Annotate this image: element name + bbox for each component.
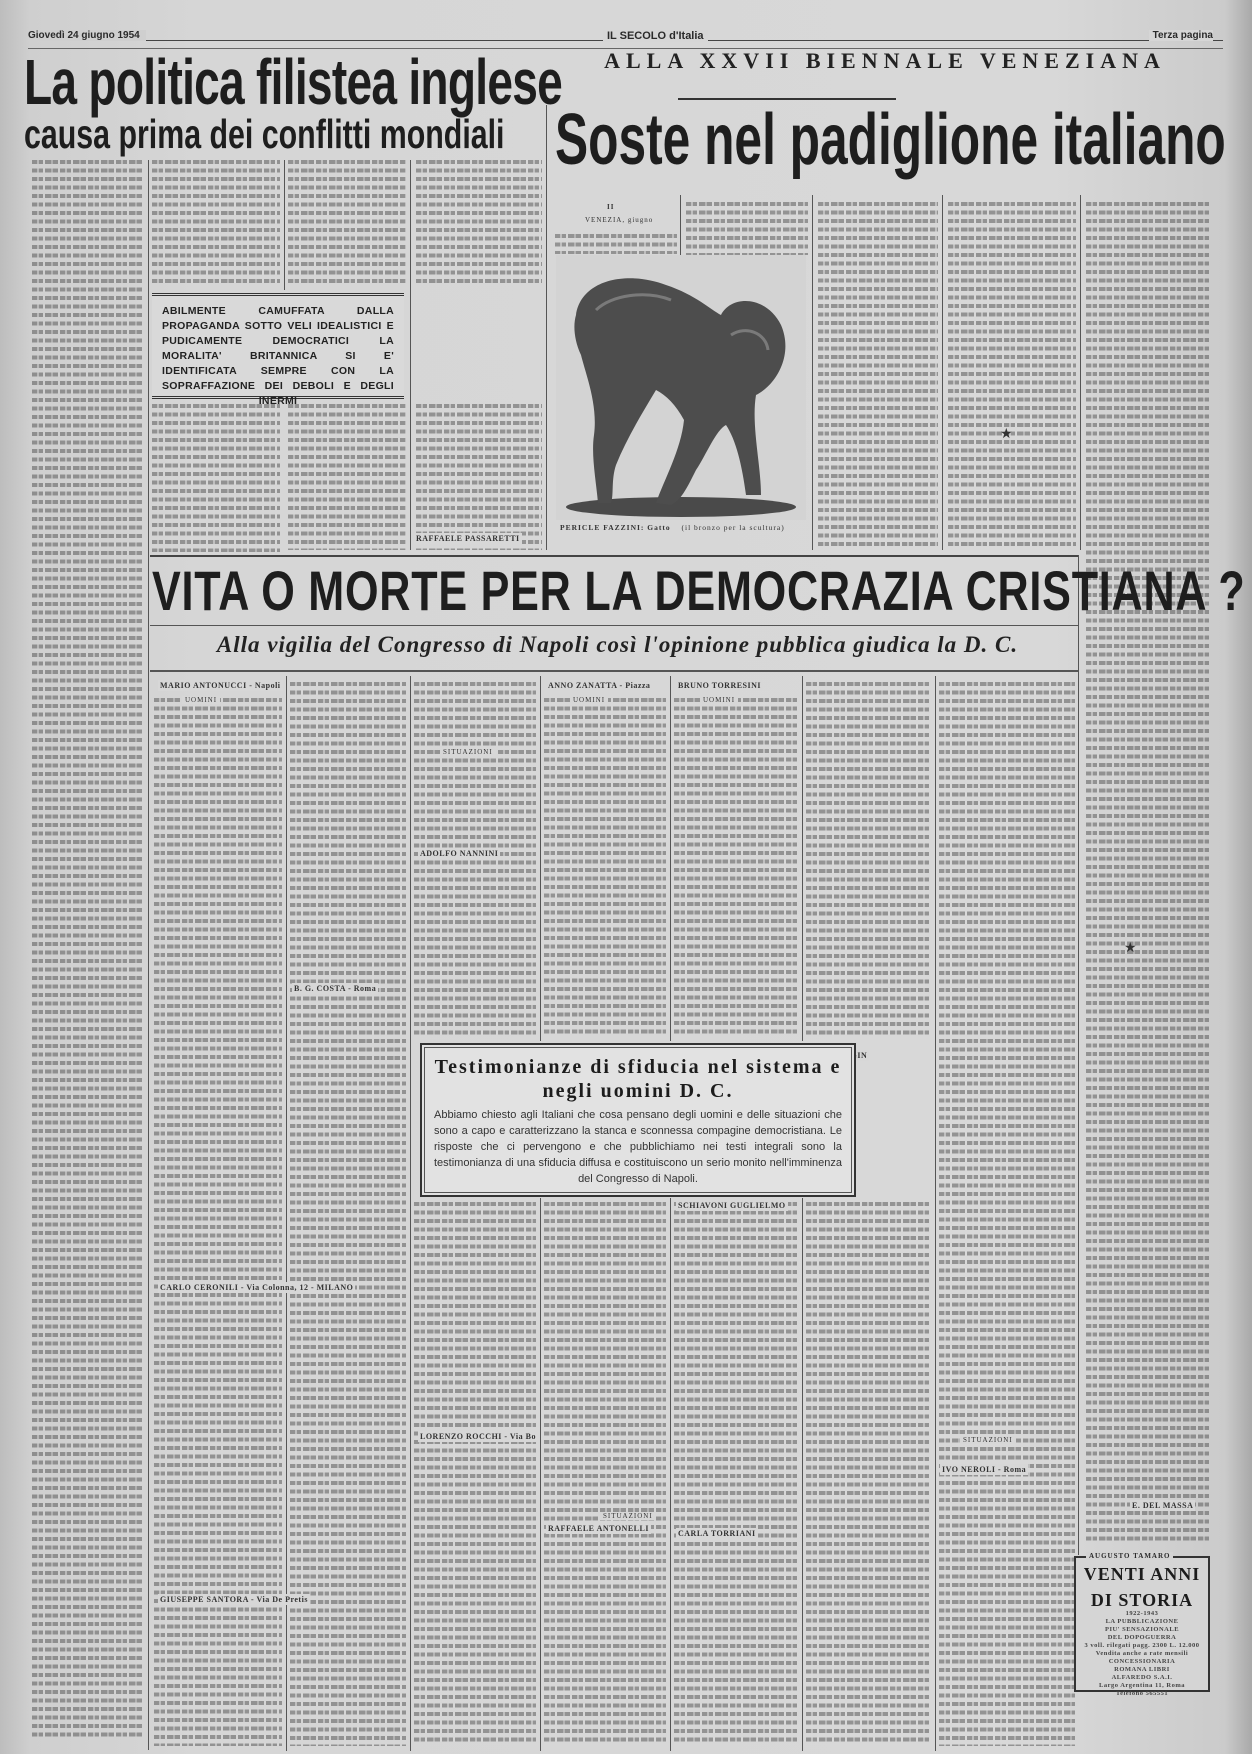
section-label: UOMINI — [700, 696, 738, 704]
dc-text-column-1 — [154, 696, 282, 1746]
biennale-headline: Soste nel padiglione italiano — [555, 104, 1226, 176]
column-rule — [410, 160, 411, 550]
testimonianze-box: Testimonianze di sfiducia nel sistema e … — [420, 1043, 856, 1197]
dc-text-column-6 — [806, 680, 931, 1038]
section-label: UOMINI — [182, 696, 220, 704]
respondent-name: ADOLFO NANNINI — [418, 848, 500, 859]
sculpture-photo — [556, 255, 806, 520]
respondent-name: RAFFAELE ANTONELLI — [546, 1523, 651, 1534]
column-rule — [680, 195, 681, 255]
section-label: SITUAZIONI — [440, 748, 496, 756]
page-label: Terza pagina — [1149, 30, 1213, 41]
respondent-name: IVO NEROLI - Roma — [940, 1464, 1028, 1475]
dc-text-column-2 — [290, 680, 406, 1746]
text-column-1 — [32, 158, 144, 1738]
pull-quote-box: ABILMENTE CAMUFFATA DALLA PROPAGANDA SOT… — [152, 293, 404, 399]
testimonianze-title: Testimonianze di sfiducia nel sistema e … — [422, 1055, 854, 1103]
column-rule — [1078, 555, 1079, 1555]
column-rule — [546, 105, 547, 550]
respondent-name: GIUSEPPE SANTORA - Via De Pretis — [158, 1594, 310, 1605]
column-rule — [410, 676, 411, 1751]
respondent-name: ANNO ZANATTA - Piazza — [546, 680, 652, 691]
column-rule — [670, 1198, 671, 1751]
closing-signature: E. DEL MASSA — [1130, 1500, 1195, 1511]
right-text-column — [1086, 200, 1210, 1545]
subheadline-rule — [150, 670, 1078, 672]
left-headline-line1: La politica filistea inglese — [24, 50, 542, 114]
column-rule — [942, 195, 943, 550]
column-rule — [1080, 195, 1081, 550]
biennale-kicker: ALLA XXVII BIENNALE VENEZIANA — [560, 48, 1210, 74]
respondent-name: SCHIAVONI GUGLIELMO — [676, 1200, 788, 1211]
respondent-name: CARLA TORRIANI — [676, 1528, 758, 1539]
ad-line: DEL DOPOGUERRA — [1076, 1634, 1208, 1642]
ad-address: Largo Argentina 11, Roma — [1076, 1682, 1208, 1690]
newspaper-name: IL SECOLO d'Italia — [603, 30, 708, 42]
text-column-4 — [416, 158, 542, 286]
dc-text-column-7 — [939, 680, 1075, 1746]
dc-text-column-5 — [674, 696, 798, 1038]
book-advertisement: AUGUSTO TAMARO VENTI ANNI DI STORIA 1922… — [1074, 1556, 1210, 1692]
column-rule — [802, 676, 803, 1041]
photo-caption-title: PERICLE FAZZINI: Gatto — [560, 523, 671, 532]
issue-date: Giovedì 24 giugno 1954 — [28, 30, 146, 41]
pull-quote-text: ABILMENTE CAMUFFATA DALLA PROPAGANDA SOT… — [162, 304, 394, 409]
ad-publisher: ALFAREDO S.A.I. — [1076, 1674, 1208, 1682]
text-column-2 — [152, 158, 280, 286]
ad-phone: Telefono 565551 — [1076, 1690, 1208, 1698]
text-column-3b — [288, 402, 406, 550]
dateline: VENEZIA, giugno — [582, 216, 656, 224]
column-rule — [286, 676, 287, 1751]
column-rule — [540, 676, 541, 1041]
cat-sculpture-image — [556, 255, 806, 520]
ad-note: Vendita anche a rate mensili — [1076, 1650, 1208, 1658]
star-ornament: ★ — [1124, 940, 1137, 956]
column-rule — [284, 160, 285, 290]
left-headline: La politica filistea inglese causa prima… — [24, 50, 544, 156]
biennale-text-column-4 — [948, 200, 1076, 550]
column-rule — [540, 1198, 541, 1751]
biennale-intro-text — [555, 232, 677, 254]
text-column-3 — [288, 158, 406, 286]
photo-caption: PERICLE FAZZINI: Gatto (il bronzo per la… — [560, 523, 785, 532]
section-label: UOMINI — [570, 696, 608, 704]
section-rule — [150, 555, 1078, 557]
column-rule — [802, 1198, 803, 1751]
text-column-4b — [416, 402, 542, 550]
respondent-name: CARLO CERONILI - Via Colonna, 12 - MILAN… — [158, 1282, 355, 1293]
respondent-name: LORENZO ROCCHI - Via Bo — [418, 1431, 538, 1442]
ad-line: LA PUBBLICAZIONE — [1076, 1618, 1208, 1626]
ad-details: 3 voll. rilegati pagg. 2300 L. 12.000 — [1076, 1642, 1208, 1650]
ad-publisher: ROMANA LIBRI — [1076, 1666, 1208, 1674]
newspaper-page: Giovedì 24 giugno 1954 IL SECOLO d'Itali… — [0, 0, 1252, 1754]
star-ornament: ★ — [1000, 426, 1013, 442]
ad-publisher: CONCESSIONARIA — [1076, 1658, 1208, 1666]
ad-title-line2: DI STORIA — [1076, 1591, 1208, 1610]
dc-text-column-4b — [544, 1200, 666, 1746]
respondent-name: B. G. COSTA - Roma — [292, 983, 378, 994]
dc-text-column-3b — [414, 1200, 536, 1746]
dc-subheadline: Alla vigilia del Congresso di Napoli cos… — [150, 632, 1085, 658]
photo-caption-tail: (il bronzo per la scultura) — [682, 523, 785, 532]
biennale-text-column-2a — [686, 200, 808, 255]
section-number: II — [604, 203, 617, 211]
dc-text-column-3 — [414, 680, 536, 1038]
respondent-name: BRUNO TORRESINI — [676, 680, 763, 691]
section-label: SITUAZIONI — [600, 1512, 656, 1520]
dc-text-column-4 — [544, 696, 666, 1038]
dc-text-column-5b — [674, 1200, 798, 1746]
dc-text-column-6b — [806, 1200, 931, 1746]
headline-rule — [150, 625, 1078, 626]
biennale-text-column-3 — [818, 200, 938, 550]
ad-author: AUGUSTO TAMARO — [1086, 1552, 1173, 1560]
text-column-2b — [152, 402, 280, 552]
column-rule — [812, 195, 813, 550]
dc-headline: VITA O MORTE PER LA DEMOCRAZIA CRISTIANA… — [152, 560, 1246, 622]
respondent-name: MARIO ANTONUCCI - Napoli — [158, 680, 283, 691]
ad-dates: 1922-1943 — [1076, 1610, 1208, 1618]
left-headline-line2: causa prima dei conflitti mondiali — [24, 112, 557, 156]
section-label: SITUAZIONI — [960, 1436, 1016, 1444]
biennale-byline: RAFFAELE PASSARETTI — [414, 533, 522, 544]
column-rule — [935, 676, 936, 1751]
ad-line: PIU' SENSAZIONALE — [1076, 1626, 1208, 1634]
column-rule — [148, 160, 149, 1750]
testimonianze-body: Abbiamo chiesto agli Italiani che cosa p… — [434, 1107, 842, 1187]
ad-title-line1: VENTI ANNI — [1076, 1565, 1208, 1584]
column-rule — [670, 676, 671, 1041]
